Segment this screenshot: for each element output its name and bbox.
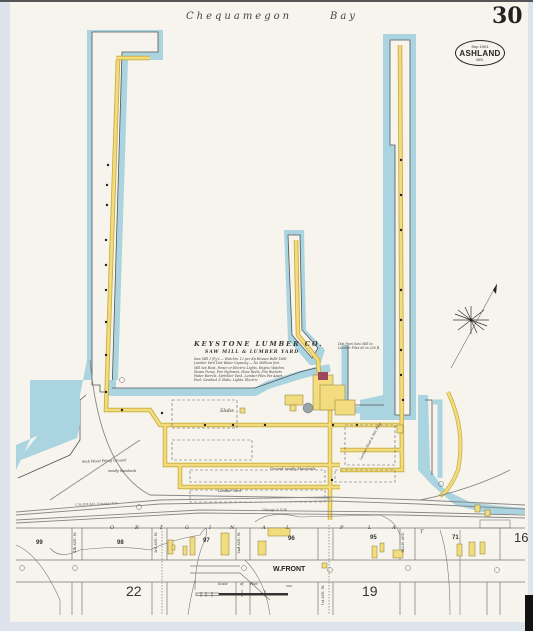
scale-label-scale: Scale [218, 583, 228, 587]
label-slabs: Slabs [220, 409, 234, 414]
label-lumber-yard: Lumber Yard [218, 490, 241, 494]
dock-note: Dist from Saw Mill to Lumber Piles 60 to… [338, 342, 380, 350]
company-subtitle: SAW MILL & LUMBER YARD [205, 351, 299, 356]
company-name: KEYSTONE LUMBER CO. [194, 341, 324, 348]
lot-71: 71 [452, 535, 459, 541]
block-19: 19 [362, 584, 378, 598]
railroad-label-2: Chicago & N.W. [262, 509, 287, 512]
label-ground: Ground mostly Standards [270, 468, 315, 472]
lot-98: 98 [117, 540, 124, 546]
avenue-label-2nd: 2nd AVE. W. [238, 532, 242, 554]
block-22: 22 [126, 584, 142, 598]
sanborn-map-sheet: Chequamegon Bay 30 Sep 1901 ASHLAND WIS.… [0, 0, 533, 631]
street-w-front: W.FRONT [273, 566, 305, 573]
scale-end: 300 [286, 585, 292, 588]
scale-label-of: of [240, 583, 243, 587]
sheet-number: 30 [492, 5, 523, 27]
cartouche-city: ASHLAND [456, 49, 504, 58]
company-notes: Saw Mill 1 fl'y's — Watchm. 12 per Kp Ho… [194, 357, 306, 382]
lot-95: 95 [370, 535, 377, 541]
lot-99: 99 [36, 540, 43, 546]
avenue-label-ellis: ELLIS AVE. [402, 532, 406, 553]
scan-edge [525, 595, 533, 631]
scale-label-feet: Feet [250, 583, 258, 587]
avenue-label-3rd: 3rd AVE. W. [155, 532, 159, 553]
water-label-chequamegon: Chequamegon [186, 12, 292, 22]
avenue-label-4th: 4th AVE. W. [74, 532, 78, 553]
water-label-bay: Bay [330, 12, 358, 22]
label-mostly-standards: mostly Standards [108, 470, 136, 473]
lot-97: 97 [203, 538, 210, 544]
adjacent-sheet-16: 16 [514, 531, 528, 544]
avenue-label-1st: 1st AVE. W. [322, 585, 326, 605]
cartouche-state: WIS. [456, 58, 504, 62]
lot-96: 96 [288, 536, 295, 542]
city-cartouche: Sep 1901 ASHLAND WIS. [455, 40, 505, 66]
